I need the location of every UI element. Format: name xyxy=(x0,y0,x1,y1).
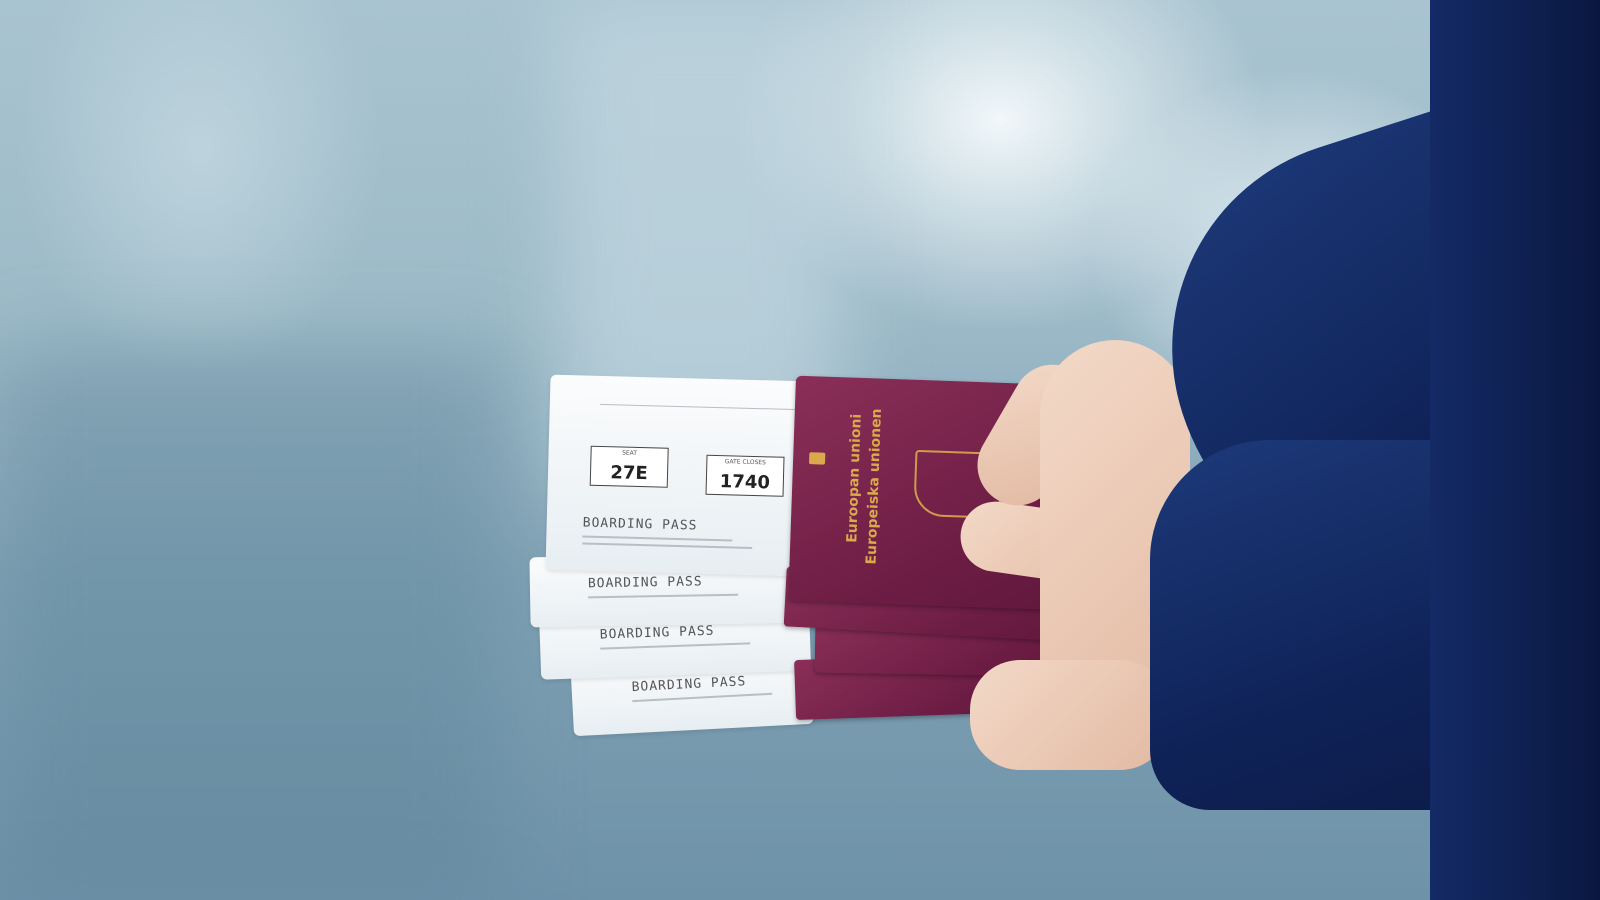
seat-box: SEAT 27E xyxy=(590,446,669,488)
boarding-pass-title: BOARDING PASS xyxy=(583,516,698,534)
biometric-chip-icon xyxy=(809,452,825,465)
fine-print xyxy=(600,404,800,410)
seat-label: SEAT xyxy=(591,449,667,458)
fine-print xyxy=(582,536,732,542)
boarding-pass-main: SEAT 27E GATE CLOSES 1740 BOARDING PASS xyxy=(545,375,810,577)
fine-print xyxy=(588,594,738,599)
boarding-pass-title: BOARDING PASS xyxy=(631,674,746,695)
passport-text-sv: Europeiska unionen xyxy=(863,408,884,565)
fine-print xyxy=(600,642,750,649)
background-blur xyxy=(0,350,500,900)
fingers xyxy=(970,660,1170,770)
gate-closes-time: 1740 xyxy=(707,471,784,494)
boarding-pass-title: BOARDING PASS xyxy=(588,574,703,591)
photo-scene: BOARDING PASS BOARDING PASS BOARDING PAS… xyxy=(0,0,1600,900)
passport-text-fi: Euroopan unioni xyxy=(844,413,864,543)
fine-print xyxy=(582,543,752,549)
gate-closes-label: GATE CLOSES xyxy=(707,458,783,467)
seat-number: 27E xyxy=(591,462,668,485)
boarding-pass-title: BOARDING PASS xyxy=(600,624,715,643)
fine-print xyxy=(632,693,772,702)
gate-closes-box: GATE CLOSES 1740 xyxy=(706,455,785,497)
jacket xyxy=(1430,0,1600,900)
